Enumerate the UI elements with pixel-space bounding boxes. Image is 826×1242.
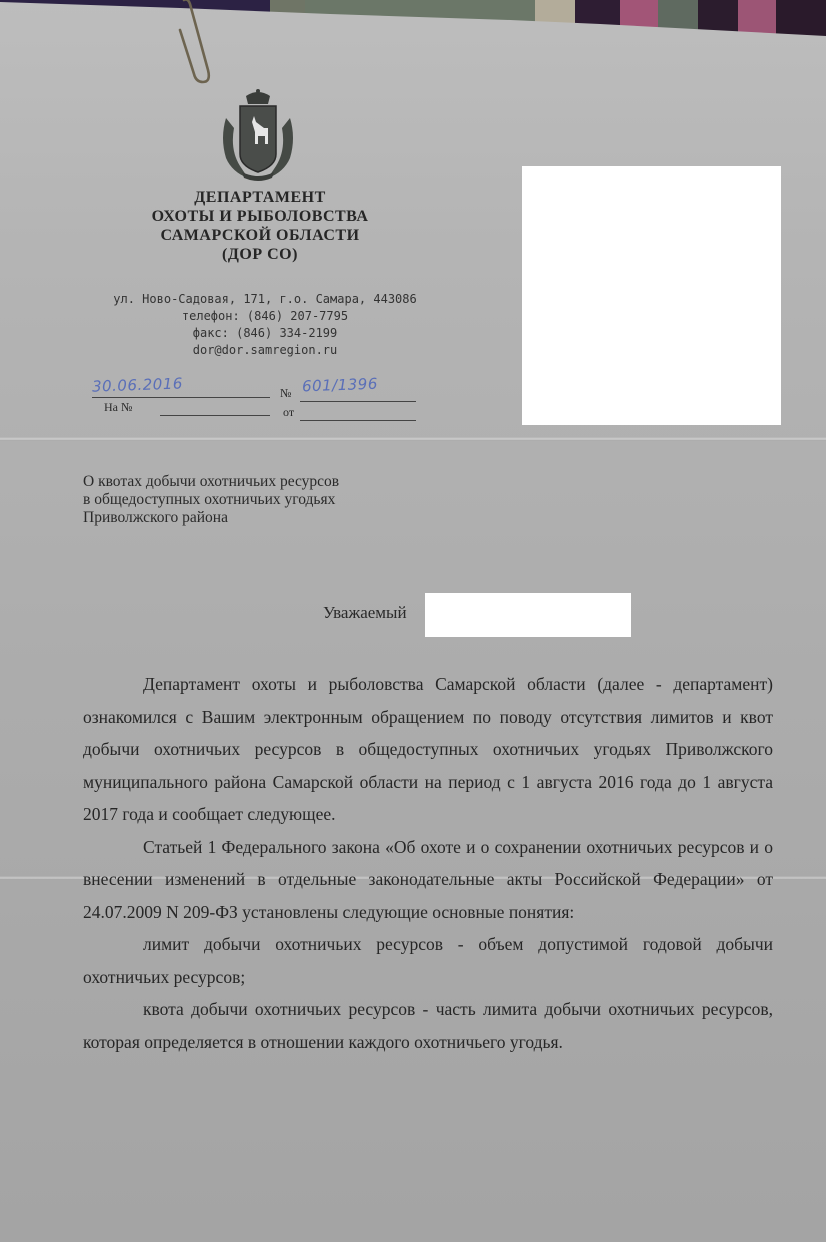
phone: телефон: (846) 207-7795	[90, 308, 440, 325]
number-underline	[300, 401, 416, 402]
from-label: от	[283, 405, 294, 420]
org-line: ДЕПАРТАМЕНТ	[100, 188, 420, 207]
number-label: №	[280, 386, 291, 401]
org-line: ОХОТЫ И РЫБОЛОВСТВА	[100, 207, 420, 226]
email: dor@dor.samregion.ru	[90, 342, 440, 359]
subject-line: О квотах добычи охотничьих ресурсов	[83, 473, 423, 491]
fax: факс: (846) 334-2199	[90, 325, 440, 342]
paragraph-law-reference: Статьей 1 Федерального закона «Об охоте …	[83, 831, 773, 929]
address: ул. Ново-Садовая, 171, г.о. Самара, 4430…	[90, 291, 440, 308]
date-underline	[92, 397, 270, 398]
paragraph-intro: Департамент охоты и рыболовства Самарско…	[83, 668, 773, 831]
org-line: (ДОР СО)	[100, 245, 420, 264]
ref-label: На №	[104, 400, 132, 415]
paragraph-limit-definition: лимит добычи охотничьих ресурсов - объем…	[83, 928, 773, 993]
greeting: Уважаемый	[323, 603, 407, 623]
paragraph-quota-definition: квота добычи охотничьих ресурсов - часть…	[83, 993, 773, 1058]
recipient-address-redaction	[522, 166, 781, 425]
recipient-name-redaction	[425, 593, 631, 637]
paperclip-icon	[178, 0, 218, 90]
letter-body: Департамент охоты и рыболовства Самарско…	[83, 668, 773, 1058]
subject-line: в общедоступных охотничьих угодьях	[83, 491, 423, 509]
organization-name: ДЕПАРТАМЕНТ ОХОТЫ И РЫБОЛОВСТВА САМАРСКО…	[100, 188, 420, 264]
organization-contacts: ул. Ново-Садовая, 171, г.о. Самара, 4430…	[90, 291, 440, 359]
subject-line: Приволжского района	[83, 509, 423, 527]
org-line: САМАРСКОЙ ОБЛАСТИ	[100, 226, 420, 245]
outgoing-number: 601/1396	[302, 375, 378, 396]
fold-line-upper	[0, 437, 826, 441]
from-underline	[300, 420, 416, 421]
ref-underline	[160, 415, 270, 416]
letter-subject: О квотах добычи охотничьих ресурсов в об…	[83, 473, 423, 527]
coat-of-arms-icon	[218, 88, 298, 184]
outgoing-date: 30.06.2016	[92, 374, 183, 395]
